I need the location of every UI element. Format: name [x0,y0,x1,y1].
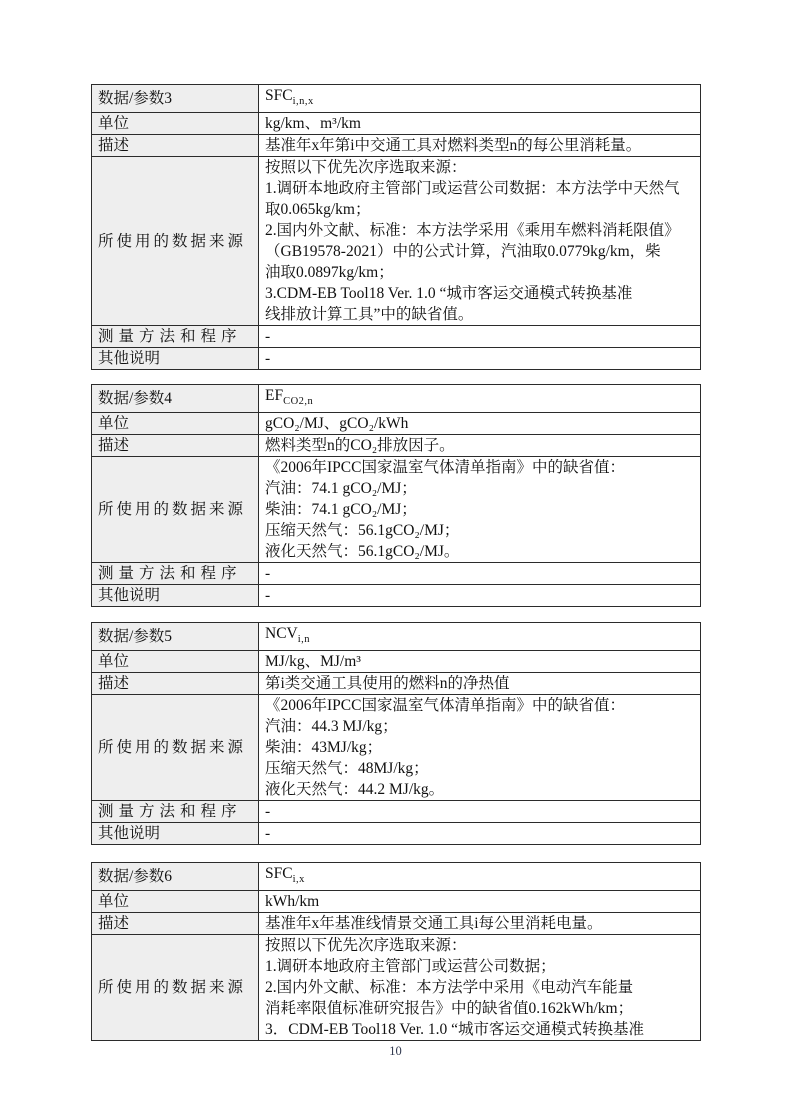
parameter-table-5: 数据/参数5 NCVi,n 单位 MJ/kg、MJ/m³ 描述 第i类交通工具使… [91,622,701,845]
parameter-table-6: 数据/参数6 SFCi,x 单位 kWh/km 描述 基准年x年基准线情景交通工… [91,862,701,1041]
param-value: NCVi,n [259,623,701,651]
other-notes-value: - [259,348,701,370]
other-notes-label: 其他说明 [92,823,259,845]
other-notes-label: 其他说明 [92,585,259,607]
other-notes-value: - [259,585,701,607]
table-row: 数据/参数4 EFCO2,n [92,385,701,413]
unit-label: 单位 [92,113,259,135]
param-label: 数据/参数5 [92,623,259,651]
param-symbol: SFC [265,87,293,104]
table-row: 单位 kWh/km [92,891,701,913]
description-value: 基准年x年基准线情景交通工具i每公里消耗电量。 [259,913,701,935]
document-page: 数据/参数3 SFCi,n,x 单位 kg/km、m³/km 描述 基准年x年第… [0,0,791,1119]
table-row: 其他说明 - [92,348,701,370]
data-source-label: 所使用的数据来源 [92,157,259,326]
unit-value: gCO₂/MJ、gCO₂/kWh [259,413,701,435]
table-row: 描述 第i类交通工具使用的燃料n的净热值 [92,673,701,695]
description-label: 描述 [92,435,259,457]
param-subscript: CO2,n [283,396,313,407]
unit-value: MJ/kg、MJ/m³ [259,651,701,673]
table-row: 其他说明 - [92,823,701,845]
description-value: 基准年x年第i中交通工具对燃料类型n的每公里消耗量。 [259,135,701,157]
page-content: 数据/参数3 SFCi,n,x 单位 kg/km、m³/km 描述 基准年x年第… [91,84,700,1041]
description-label: 描述 [92,913,259,935]
table-row: 单位 gCO₂/MJ、gCO₂/kWh [92,413,701,435]
table-row: 描述 基准年x年第i中交通工具对燃料类型n的每公里消耗量。 [92,135,701,157]
table-row: 测量方法和程序 - [92,801,701,823]
param-value: SFCi,x [259,863,701,891]
data-source-value: 《2006年IPCC国家温室气体清单指南》中的缺省值： 汽油：74.1 gCO₂… [259,457,701,563]
unit-label: 单位 [92,651,259,673]
table-row: 测量方法和程序 - [92,563,701,585]
data-source-value: 按照以下优先次序选取来源： 1.调研本地政府主管部门或运营公司数据：本方法学中天… [259,157,701,326]
table-row: 所使用的数据来源 《2006年IPCC国家温室气体清单指南》中的缺省值： 汽油：… [92,695,701,801]
table-row: 所使用的数据来源 《2006年IPCC国家温室气体清单指南》中的缺省值： 汽油：… [92,457,701,563]
param-subscript: i,n,x [293,96,314,107]
table-row: 数据/参数6 SFCi,x [92,863,701,891]
param-value: EFCO2,n [259,385,701,413]
measurement-method-label: 测量方法和程序 [92,563,259,585]
measurement-method-value: - [259,326,701,348]
table-row: 单位 MJ/kg、MJ/m³ [92,651,701,673]
unit-label: 单位 [92,413,259,435]
table-row: 描述 基准年x年基准线情景交通工具i每公里消耗电量。 [92,913,701,935]
measurement-method-value: - [259,801,701,823]
description-value: 第i类交通工具使用的燃料n的净热值 [259,673,701,695]
unit-value: kg/km、m³/km [259,113,701,135]
measurement-method-value: - [259,563,701,585]
parameter-table-4: 数据/参数4 EFCO2,n 单位 gCO₂/MJ、gCO₂/kWh 描述 燃料… [91,384,701,607]
data-source-value: 按照以下优先次序选取来源： 1.调研本地政府主管部门或运营公司数据； 2.国内外… [259,935,701,1041]
param-symbol: EF [265,387,283,404]
unit-label: 单位 [92,891,259,913]
param-label: 数据/参数4 [92,385,259,413]
table-row: 单位 kg/km、m³/km [92,113,701,135]
data-source-label: 所使用的数据来源 [92,935,259,1041]
description-label: 描述 [92,673,259,695]
unit-value: kWh/km [259,891,701,913]
page-number: 10 [0,1044,791,1059]
data-source-label: 所使用的数据来源 [92,457,259,563]
description-label: 描述 [92,135,259,157]
param-subscript: i,n [298,634,310,645]
description-value: 燃料类型n的CO₂排放因子。 [259,435,701,457]
table-row: 数据/参数3 SFCi,n,x [92,85,701,113]
param-symbol: SFC [265,865,293,882]
data-source-value: 《2006年IPCC国家温室气体清单指南》中的缺省值： 汽油：44.3 MJ/k… [259,695,701,801]
param-label: 数据/参数3 [92,85,259,113]
table-row: 数据/参数5 NCVi,n [92,623,701,651]
table-row: 所使用的数据来源 按照以下优先次序选取来源： 1.调研本地政府主管部门或运营公司… [92,935,701,1041]
param-subscript: i,x [293,874,305,885]
other-notes-label: 其他说明 [92,348,259,370]
param-symbol: NCV [265,625,298,642]
param-label: 数据/参数6 [92,863,259,891]
table-row: 所使用的数据来源 按照以下优先次序选取来源： 1.调研本地政府主管部门或运营公司… [92,157,701,326]
other-notes-value: - [259,823,701,845]
data-source-label: 所使用的数据来源 [92,695,259,801]
param-value: SFCi,n,x [259,85,701,113]
parameter-table-3: 数据/参数3 SFCi,n,x 单位 kg/km、m³/km 描述 基准年x年第… [91,84,701,370]
table-row: 其他说明 - [92,585,701,607]
table-row: 测量方法和程序 - [92,326,701,348]
measurement-method-label: 测量方法和程序 [92,801,259,823]
measurement-method-label: 测量方法和程序 [92,326,259,348]
table-row: 描述 燃料类型n的CO₂排放因子。 [92,435,701,457]
